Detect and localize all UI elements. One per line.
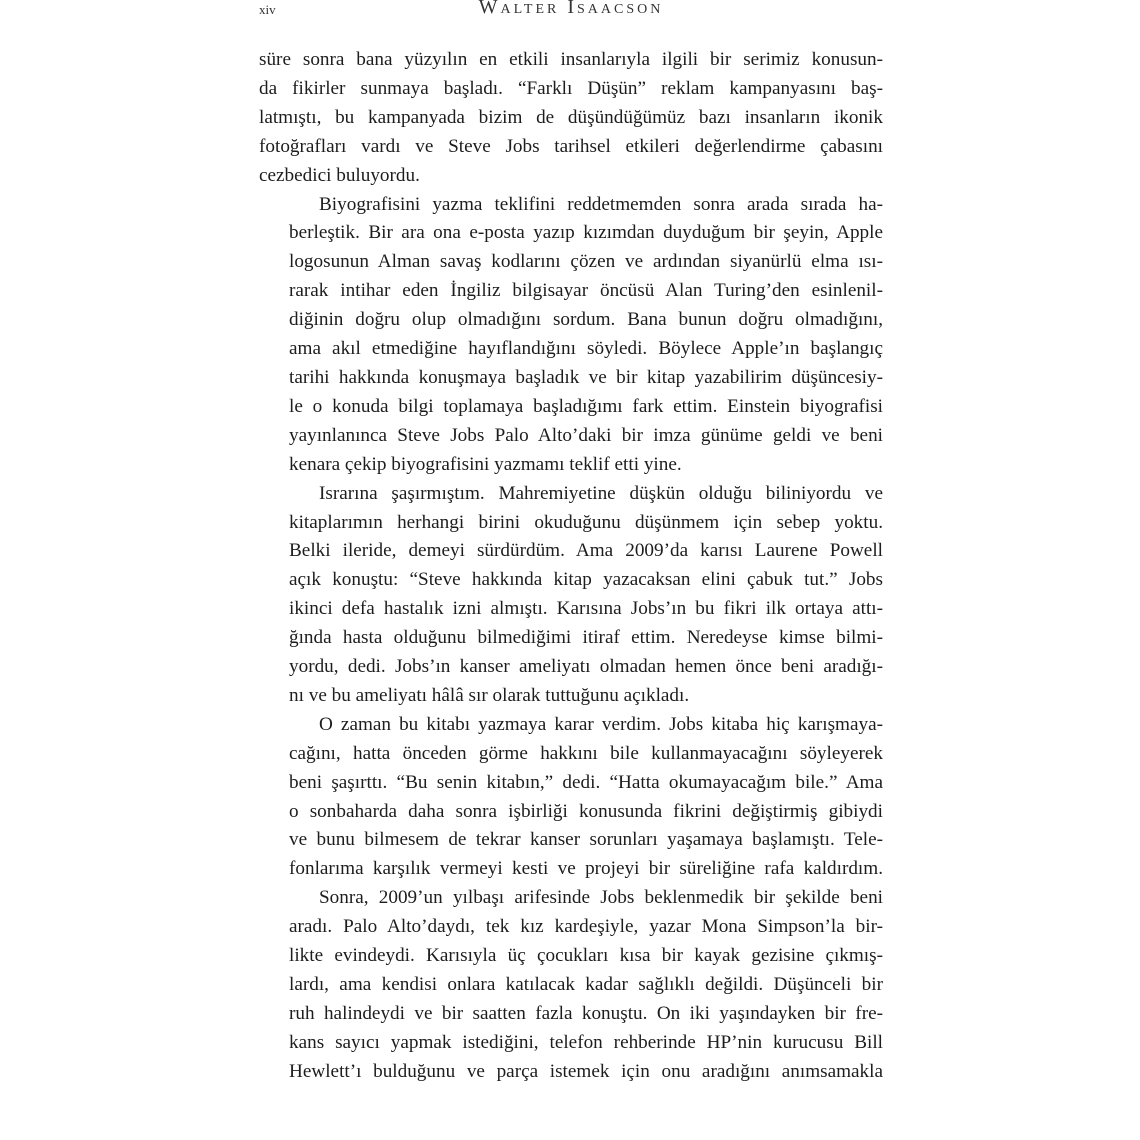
paragraph-4: O zaman bu kitabı yazmaya karar verdim. … xyxy=(259,711,883,884)
text-line: ikinci defa hastalık izni almıştı. Karıs… xyxy=(259,595,883,624)
text-line: ruh halindeydi ve bir saatten fazla konu… xyxy=(259,1000,883,1029)
text-line: kans sayıcı yapmak istediğini, telefon r… xyxy=(259,1029,883,1058)
running-title: Walter Isaacson xyxy=(259,0,883,19)
text-line: kenara çekip biyografisini yazmamı tekli… xyxy=(259,451,883,480)
text-line: cezbedici buluyordu. xyxy=(259,162,883,191)
text-line: nı ve bu ameliyatı hâlâ sır olarak tuttu… xyxy=(259,682,883,711)
text-line: rarak intihar eden İngiliz bilgisayar ön… xyxy=(259,277,883,306)
text-line: Sonra, 2009’un yılbaşı arifesinde Jobs b… xyxy=(259,884,883,913)
text-line: süre sonra bana yüzyılın en etkili insan… xyxy=(259,46,883,75)
text-line: ama akıl etmediğine hayıflandığını söyle… xyxy=(259,335,883,364)
text-line: yordu, dedi. Jobs’ın kanser ameliyatı ol… xyxy=(259,653,883,682)
paragraph-3: Israrına şaşırmıştım. Mahremiyetine düşk… xyxy=(259,480,883,711)
text-line: açık konuştu: “Steve hakkında kitap yaza… xyxy=(259,566,883,595)
text-line: yayınlanınca Steve Jobs Palo Alto’daki b… xyxy=(259,422,883,451)
paragraph-2: Biyografisini yazma teklifini reddetmemd… xyxy=(259,191,883,480)
text-line: da fikirler sunmaya başladı. “Farklı Düş… xyxy=(259,75,883,104)
running-head: xiv Walter Isaacson xyxy=(259,0,883,28)
text-line: aradı. Palo Alto’daydı, tek kız kardeşiy… xyxy=(259,913,883,942)
text-line: o sonbaharda daha sonra işbirliği konusu… xyxy=(259,798,883,827)
text-line: lardı, ama kendisi onlara katılacak kada… xyxy=(259,971,883,1000)
text-line: latmıştı, bu kampanyada bizim de düşündü… xyxy=(259,104,883,133)
text-line: berleştik. Bir ara ona e-posta yazıp kız… xyxy=(259,219,883,248)
text-line: diğinin doğru olup olmadığını sordum. Ba… xyxy=(259,306,883,335)
text-line: fonlarıma karşılık vermeyi kesti ve proj… xyxy=(259,855,883,884)
text-line: ğında hasta olduğunu bilmediğimi itiraf … xyxy=(259,624,883,653)
text-line: tarihi hakkında konuşmaya başladık ve bi… xyxy=(259,364,883,393)
body-text: süre sonra bana yüzyılın en etkili insan… xyxy=(259,46,883,1087)
text-line: ve bunu bilmesem de tekrar kanser sorunl… xyxy=(259,826,883,855)
text-line: O zaman bu kitabı yazmaya karar verdim. … xyxy=(259,711,883,740)
text-line: beni şaşırttı. “Bu senin kitabın,” dedi.… xyxy=(259,769,883,798)
text-line: kitaplarımın herhangi birini okuduğunu d… xyxy=(259,509,883,538)
text-line: Hewlett’ı bulduğunu ve parça istemek içi… xyxy=(259,1058,883,1087)
text-line: logosunun Alman savaş kodlarını çözen ve… xyxy=(259,248,883,277)
text-line: likte evindeydi. Karısıyla üç çocukları … xyxy=(259,942,883,971)
text-line: Belki ileride, demeyi sürdürdüm. Ama 200… xyxy=(259,537,883,566)
text-line: Israrına şaşırmıştım. Mahremiyetine düşk… xyxy=(259,480,883,509)
paragraph-1: süre sonra bana yüzyılın en etkili insan… xyxy=(259,46,883,191)
text-line: Biyografisini yazma teklifini reddetmemd… xyxy=(259,191,883,220)
book-page: xiv Walter Isaacson süre sonra bana yüzy… xyxy=(259,0,883,1140)
text-line: le o konuda bilgi toplamaya başladığımı … xyxy=(259,393,883,422)
text-line: fotoğrafları vardı ve Steve Jobs tarihse… xyxy=(259,133,883,162)
paragraph-5: Sonra, 2009’un yılbaşı arifesinde Jobs b… xyxy=(259,884,883,1086)
text-line: cağını, hatta önceden görme hakkını bile… xyxy=(259,740,883,769)
